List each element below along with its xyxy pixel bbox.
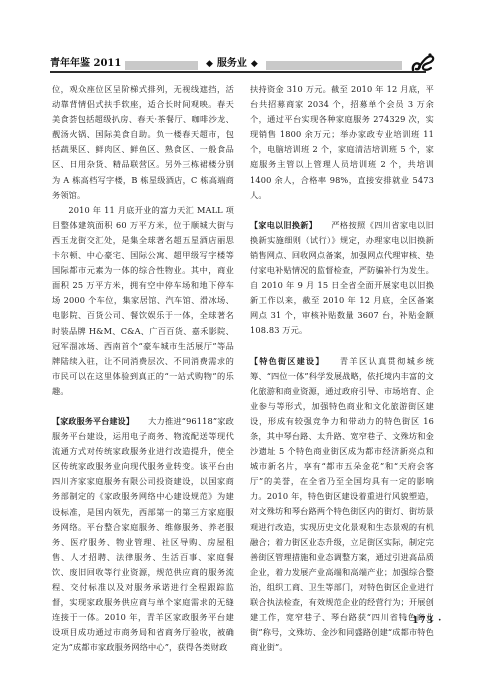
running-header: 青年年鉴 2011 ◆服务业◆ [50,57,442,73]
diamond-icon: ◆ [251,59,258,69]
section-body: 大力推进“96118”家政服务平台建设，运用电子商务、物流配送等现代流通方式对传… [52,416,234,652]
page-number: · 173 · [404,616,442,626]
section-paragraph: 【特色街区建设】青羊区认真贯彻城乡统筹、“四位一体”科学发展战略，依托境内丰富的… [250,354,434,656]
section-body: 青羊区认真贯彻城乡统筹、“四位一体”科学发展战略，依托境内丰富的文化旅游和商业资… [250,356,434,653]
document-page: 青年年鉴 2011 ◆服务业◆ 位，观众座位区呈阶梯式排列，无视线遮挡，活动靠背… [0,0,480,680]
journal-title: 青年年鉴 2011 [50,57,125,71]
paragraph-gap [52,399,234,414]
section-title-wrapper: ◆服务业◆ [198,57,266,71]
paragraph-gap [250,203,434,218]
section-paragraph: 【家政服务平台建设】大力推进“96118”家政服务平台建设，运用电子商务、物流配… [52,414,234,656]
section-title: 服务业 [217,58,247,69]
swirl-ornament-icon [410,51,438,73]
section-body: 严格按照《四川省家电以旧换新实施细则（试行）》规定，办理家电以旧换新销售网点、回… [250,220,434,336]
paragraph: 位，观众座位区呈阶梯式排列，无视线遮挡，活动靠背情侣式扶手软座，适合长时间观映。… [52,82,234,203]
paragraph: 扶持资金 310 万元。截至 2010 年 12 月底，平台共招募商家 2034… [250,82,434,203]
header-rule [50,71,426,73]
section-paragraph: 【家电以旧换新】严格按照《四川省家电以旧换新实施细则（试行）》规定，办理家电以旧… [250,218,434,339]
section-heading: 【家政服务平台建设】 [52,417,134,426]
left-column: 位，观众座位区呈阶梯式排列，无视线遮挡，活动靠背情侣式扶手软座，适合长时间观映。… [52,82,234,655]
paragraph-gap [250,339,434,354]
section-heading: 【特色街区建设】 [250,357,325,366]
paragraph: 2010 年 11 月底开业的富力天汇 MALL 项目整体建筑面积 60 万平方… [52,203,234,399]
section-heading: 【家电以旧换新】 [250,221,317,230]
right-column: 扶持资金 310 万元。截至 2010 年 12 月底，平台共招募商家 2034… [250,82,434,655]
diamond-icon: ◆ [206,59,213,69]
